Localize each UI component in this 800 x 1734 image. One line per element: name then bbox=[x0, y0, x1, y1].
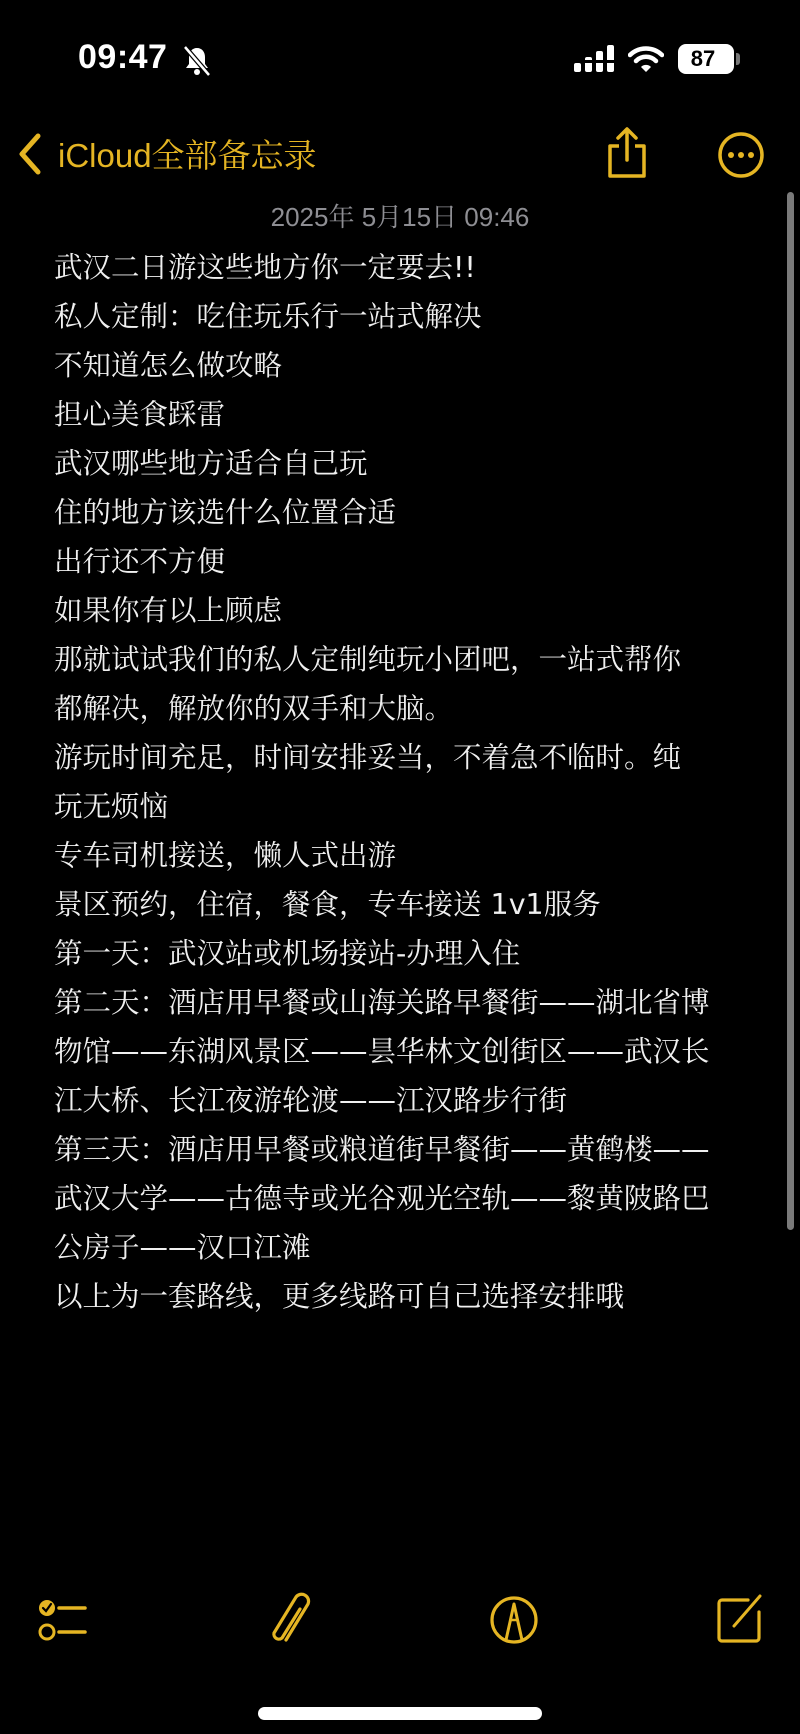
cellular-signal-icon bbox=[574, 44, 616, 74]
nav-bar: iCloud全部备忘录 bbox=[0, 120, 800, 186]
battery-tip bbox=[736, 53, 740, 65]
note-line: 物馆——东湖风景区——昙华林文创街区——武汉长 bbox=[54, 1027, 754, 1076]
share-icon[interactable] bbox=[604, 126, 650, 180]
note-line: 公房子——汉口江滩 bbox=[54, 1223, 754, 1272]
note-date: 2025年 5月15日 09:46 bbox=[0, 197, 800, 234]
note-line: 那就试试我们的私人定制纯玩小团吧，一站式帮你 bbox=[54, 635, 754, 684]
note-body[interactable]: 武汉二日游这些地方你一定要去!! 私人定制：吃住玩乐行一站式解决 不知道怎么做攻… bbox=[54, 243, 754, 1321]
checklist-icon[interactable] bbox=[34, 1590, 94, 1650]
bell-slash-icon bbox=[180, 44, 214, 78]
note-line: 游玩时间充足，时间安排妥当，不着急不临时。纯 bbox=[54, 733, 754, 782]
note-line: 住的地方该选什么位置合适 bbox=[54, 488, 754, 537]
note-line: 江大桥、长江夜游轮渡——江汉路步行街 bbox=[54, 1076, 754, 1125]
compose-icon[interactable] bbox=[712, 1590, 772, 1650]
chevron-left-icon bbox=[14, 132, 44, 176]
note-line: 武汉大学——古德寺或光谷观光空轨——黎黄陂路巴 bbox=[54, 1174, 754, 1223]
battery-indicator: 87 bbox=[678, 44, 734, 74]
note-line: 出行还不方便 bbox=[54, 537, 754, 586]
note-line: 景区预约，住宿，餐食，专车接送 1v1服务 bbox=[54, 880, 754, 929]
back-button[interactable]: iCloud全部备忘录 bbox=[14, 130, 317, 177]
note-line: 都解决，解放你的双手和大脑。 bbox=[54, 684, 754, 733]
home-indicator[interactable] bbox=[258, 1707, 542, 1720]
back-label: iCloud全部备忘录 bbox=[58, 130, 317, 177]
note-line: 武汉二日游这些地方你一定要去!! bbox=[54, 243, 754, 292]
ellipsis-circle-icon[interactable] bbox=[716, 130, 766, 180]
wifi-icon bbox=[628, 44, 664, 74]
note-line: 玩无烦恼 bbox=[54, 782, 754, 831]
note-line: 担心美食踩雷 bbox=[54, 390, 754, 439]
note-line: 不知道怎么做攻略 bbox=[54, 341, 754, 390]
note-line: 第三天：酒店用早餐或粮道街早餐街——黄鹤楼—— bbox=[54, 1125, 754, 1174]
markup-pen-icon[interactable] bbox=[484, 1590, 544, 1650]
note-line: 第一天：武汉站或机场接站-办理入住 bbox=[54, 929, 754, 978]
note-line: 如果你有以上顾虑 bbox=[54, 586, 754, 635]
bottom-toolbar bbox=[0, 1590, 800, 1660]
note-line: 第二天：酒店用早餐或山海关路早餐街——湖北省博 bbox=[54, 978, 754, 1027]
scrollbar[interactable] bbox=[787, 192, 794, 1230]
paperclip-icon[interactable] bbox=[260, 1590, 320, 1650]
battery-percent: 87 bbox=[678, 46, 728, 72]
note-line: 以上为一套路线，更多线路可自己选择安排哦 bbox=[54, 1272, 754, 1321]
note-line: 私人定制：吃住玩乐行一站式解决 bbox=[54, 292, 754, 341]
status-bar: 09:47 87 bbox=[0, 0, 800, 110]
status-time: 09:47 bbox=[78, 38, 167, 77]
note-line: 武汉哪些地方适合自己玩 bbox=[54, 439, 754, 488]
note-line: 专车司机接送，懒人式出游 bbox=[54, 831, 754, 880]
